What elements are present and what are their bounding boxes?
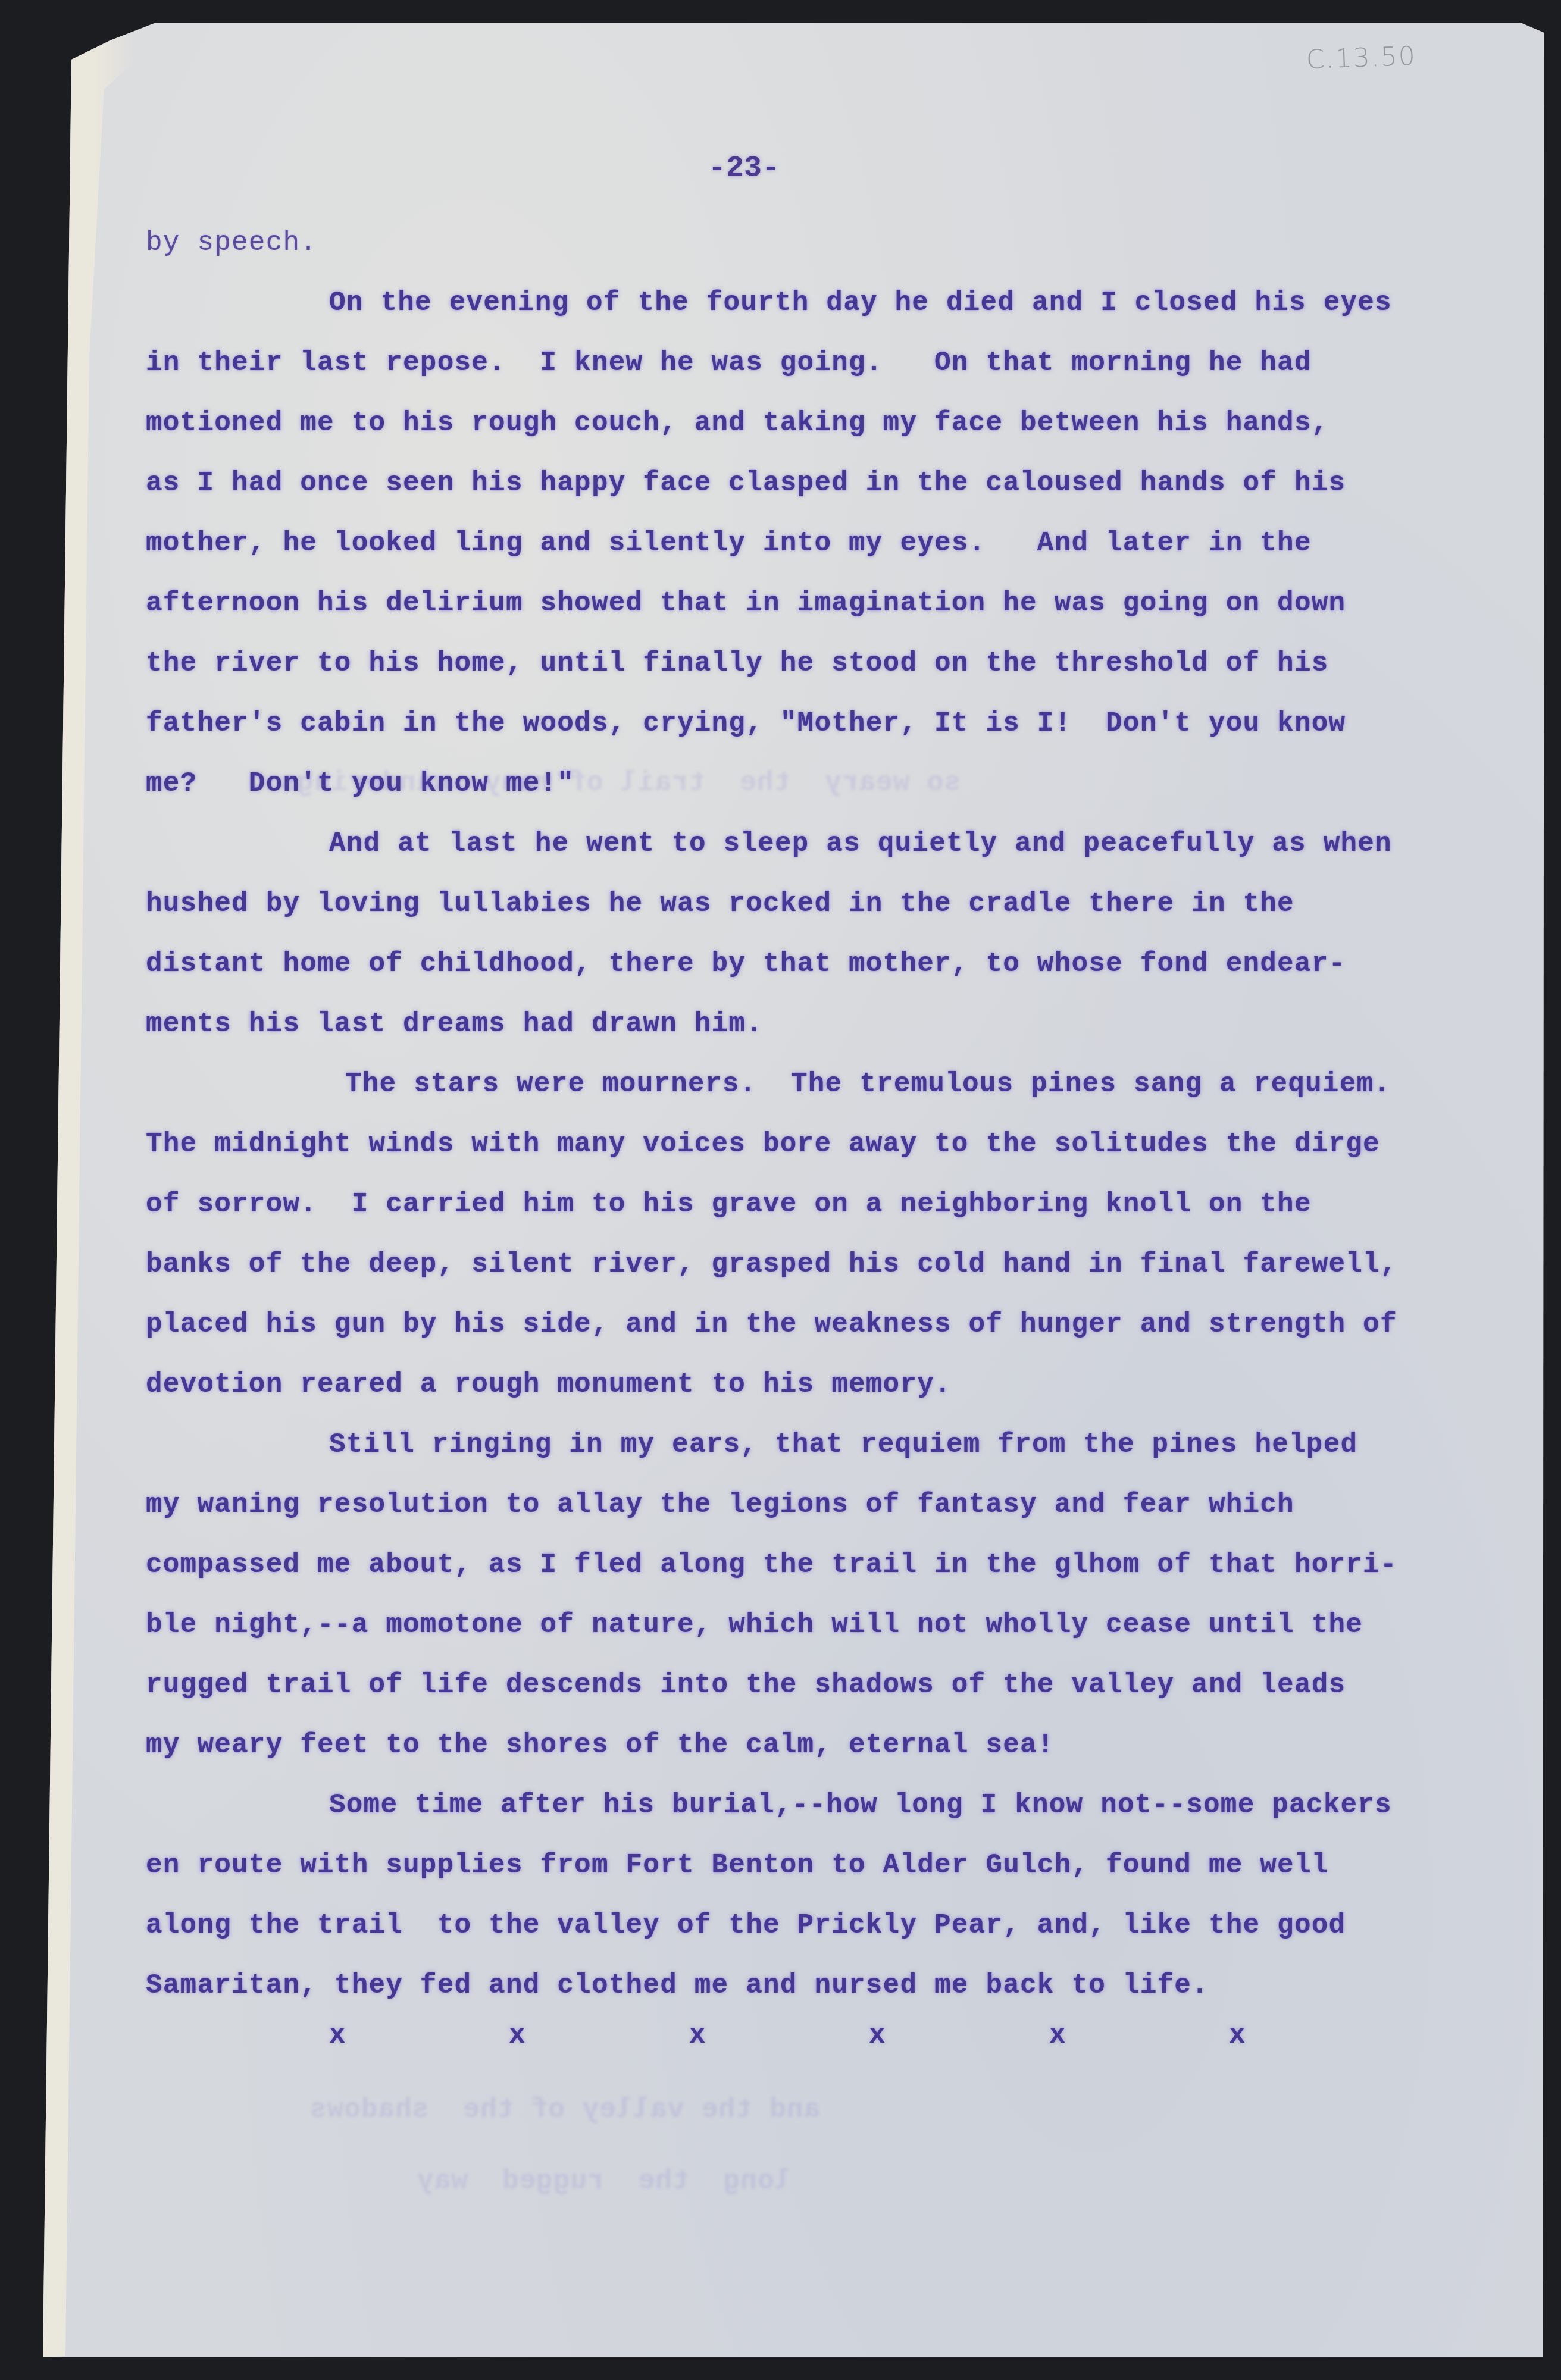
text-line: compassed me about, as I fled along the … <box>146 1535 1526 1595</box>
text-line: in their last repose. I knew he was goin… <box>146 333 1526 393</box>
section-break-marks: x x x x x x <box>0 2020 1561 2056</box>
text-line: rugged trail of life descends into the s… <box>146 1655 1526 1715</box>
text-line: me? Don't you know me!" <box>146 754 1526 814</box>
text-line: along the trail to the valley of the Pri… <box>146 1896 1526 1956</box>
section-break-x: x <box>509 2020 525 2051</box>
text-line: placed his gun by his side, and in the w… <box>146 1295 1526 1355</box>
text-line: the river to his home, until finally he … <box>146 634 1526 694</box>
text-line: The midnight winds with many voices bore… <box>146 1114 1526 1175</box>
paragraph-start-line: And at last he went to sleep as quietly … <box>146 814 1526 874</box>
text-line: motioned me to his rough couch, and taki… <box>146 393 1526 453</box>
text-line: by speech. <box>146 213 1526 273</box>
archive-reference-note: C.13.50 <box>1306 41 1416 75</box>
section-break-x: x <box>1229 2020 1246 2051</box>
text-line: ble night,--a momotone of nature, which … <box>146 1595 1526 1655</box>
text-line: hushed by loving lullabies he was rocked… <box>146 874 1526 934</box>
text-line: as I had once seen his happy face claspe… <box>146 453 1526 513</box>
text-line: devotion reared a rough monument to his … <box>146 1355 1526 1415</box>
section-break-x: x <box>329 2020 346 2051</box>
text-line: en route with supplies from Fort Benton … <box>146 1836 1526 1896</box>
text-line: banks of the deep, silent river, grasped… <box>146 1235 1526 1295</box>
text-line: mother, he looked ling and silently into… <box>146 513 1526 574</box>
text-line: afternoon his delirium showed that in im… <box>146 574 1526 634</box>
page-number: -23- <box>708 152 780 186</box>
text-line: Samaritan, they fed and clothed me and n… <box>146 1956 1526 2016</box>
section-break-x: x <box>869 2020 886 2051</box>
typed-body-text: by speech. On the evening of the fourth … <box>146 213 1526 2016</box>
paragraph-start-line: The stars were mourners. The tremulous p… <box>146 1054 1526 1114</box>
text-line: of sorrow. I carried him to his grave on… <box>146 1175 1526 1235</box>
section-break-x: x <box>1049 2020 1066 2051</box>
text-line: ments his last dreams had drawn him. <box>146 994 1526 1054</box>
paragraph-start-line: Some time after his burial,--how long I … <box>146 1775 1526 1836</box>
text-line: my waning resolution to allay the legion… <box>146 1475 1526 1535</box>
text-line: my weary feet to the shores of the calm,… <box>146 1715 1526 1775</box>
paragraph-start-line: On the evening of the fourth day he died… <box>146 273 1526 333</box>
text-line: distant home of childhood, there by that… <box>146 934 1526 994</box>
text-line: father's cabin in the woods, crying, "Mo… <box>146 694 1526 754</box>
paragraph-start-line: Still ringing in my ears, that requiem f… <box>146 1415 1526 1475</box>
section-break-x: x <box>689 2020 706 2051</box>
